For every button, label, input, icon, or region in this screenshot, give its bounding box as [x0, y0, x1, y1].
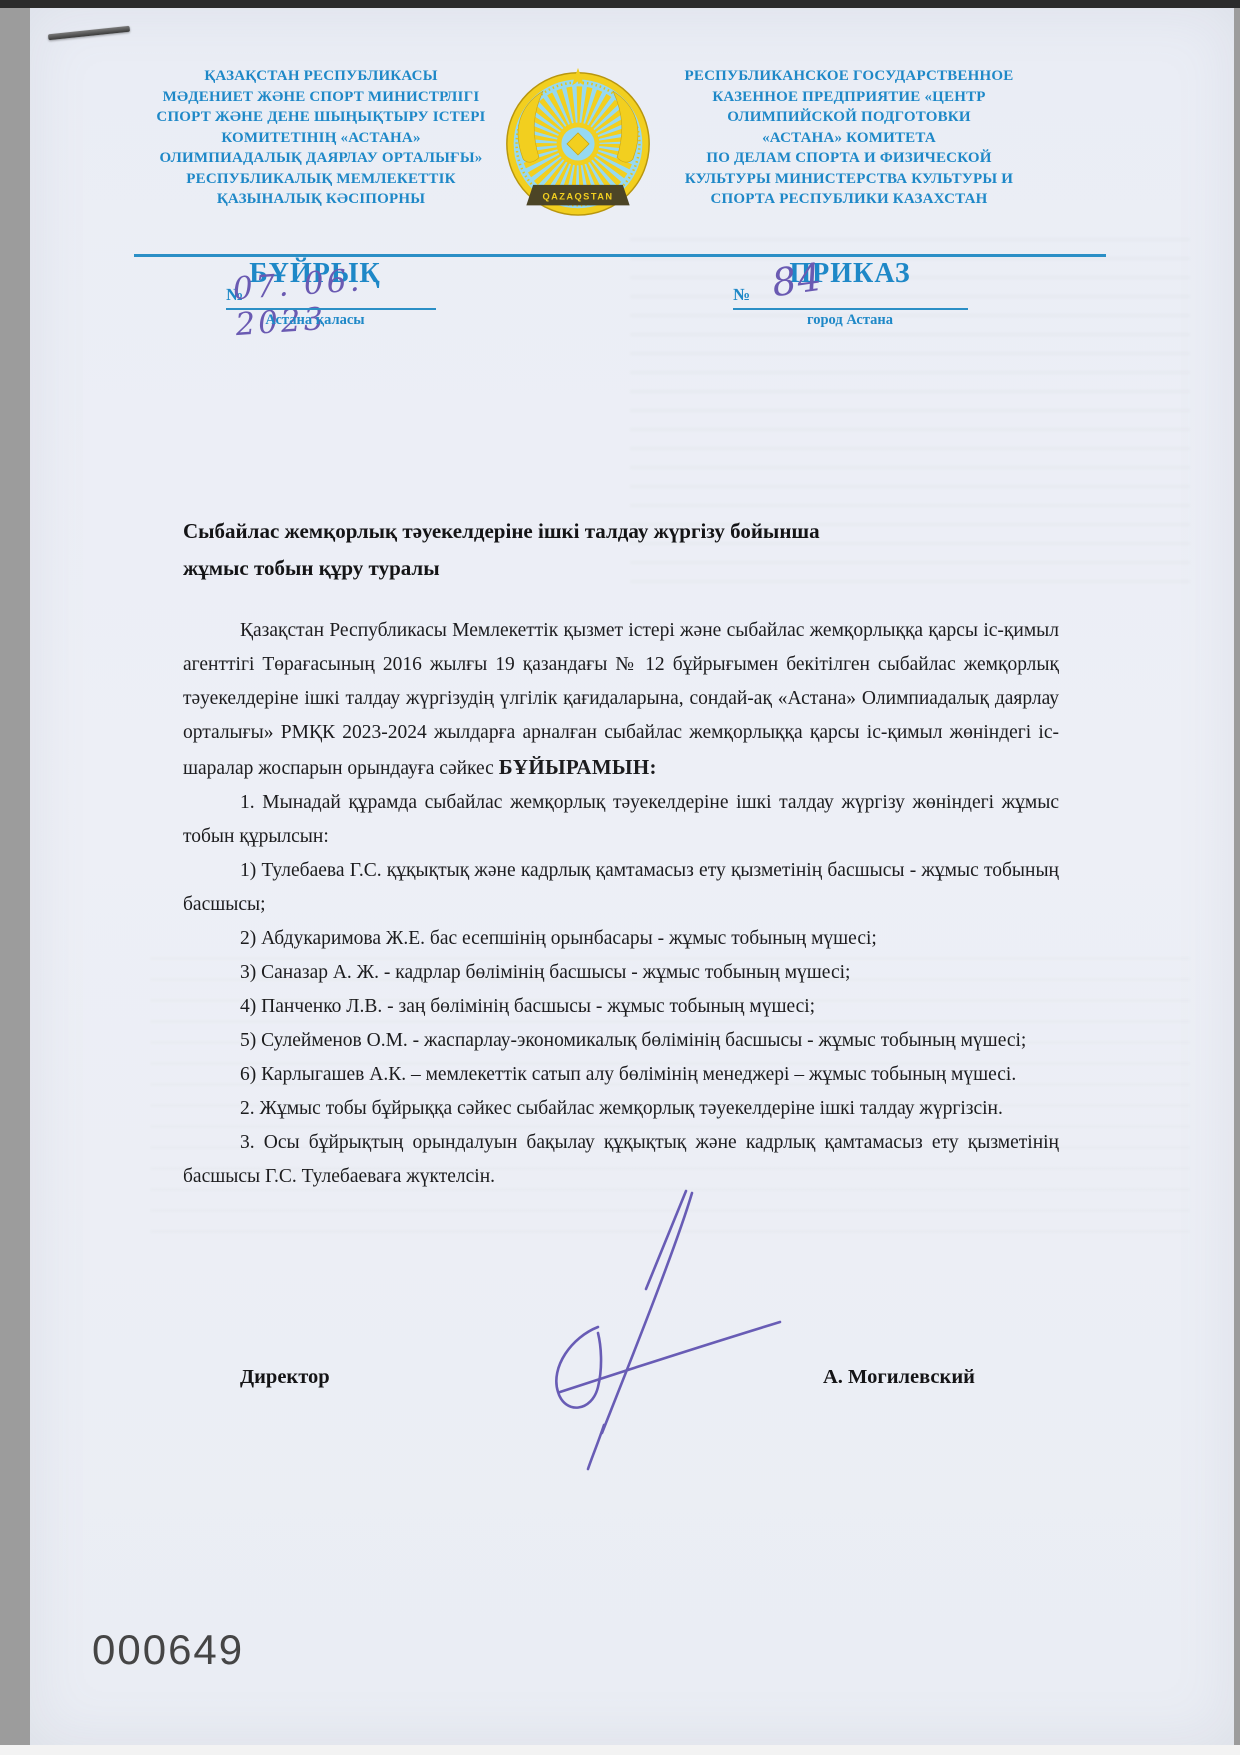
order-head-russian: ПРИКАЗ № 84 город Астана [700, 258, 1000, 290]
org-line: РЕСПУБЛИКАЛЫҚ МЕМЛЕКЕТТІК [135, 169, 507, 190]
scan-edge-bottom [0, 1745, 1240, 1755]
city-label-russian: город Астана [700, 312, 1000, 329]
org-line: ҚАЗЫНАЛЫҚ КӘСІПОРНЫ [135, 189, 507, 210]
form-serial-number: 000649 [92, 1626, 244, 1674]
paragraph-point-3: 3. Осы бұйрықтың орындалуын бақылау құқы… [183, 1126, 1059, 1194]
org-line: «АСТАНА» КОМИТЕТА [660, 128, 1038, 149]
document-title-line: жұмыс тобын құру туралы [183, 550, 1063, 587]
paragraph-point-1: 1. Мынадай құрамда сыбайлас жемқорлық тә… [183, 786, 1059, 854]
paragraph-preamble: Қазақстан Республикасы Мемлекеттік қызме… [183, 614, 1059, 786]
list-item: 4) Панченко Л.В. - заң бөлімінің басшысы… [183, 990, 1059, 1024]
org-line: РЕСПУБЛИКАНСКОЕ ГОСУДАРСТВЕННОЕ [660, 66, 1038, 87]
list-item: 1) Тулебаева Г.С. құқықтық және кадрлық … [183, 854, 1059, 922]
org-line: КАЗЕННОЕ ПРЕДПРИЯТИЕ «ЦЕНТР [660, 87, 1038, 108]
scan-edge-top [0, 0, 1240, 8]
list-item: 2) Абдукаримова Ж.Е. бас есепшінің орынб… [183, 922, 1059, 956]
org-line: МӘДЕНИЕТ ЖӘНЕ СПОРТ МИНИСТРЛІГІ [135, 87, 507, 108]
org-line: СПОРТА РЕСПУБЛИКИ КАЗАХСТАН [660, 189, 1038, 210]
list-item: 5) Сулейменов О.М. - жаспарлау-экономика… [183, 1024, 1059, 1058]
city-label-kazakh: Астана қаласы [190, 312, 440, 329]
directive-word: БҰЙЫРАМЫН: [499, 755, 657, 779]
document-page: ҚАЗАҚСТАН РЕСПУБЛИКАСЫ МӘДЕНИЕТ ЖӘНЕ СПО… [30, 8, 1234, 1745]
signer-position: Директор [240, 1366, 330, 1389]
org-line: СПОРТ ЖӘНЕ ДЕНЕ ШЫҢЫҚТЫРУ ІСТЕРІ [135, 107, 507, 128]
document-title-line: Сыбайлас жемқорлық тәуекелдеріне ішкі та… [183, 513, 1063, 550]
number-sign: № [733, 285, 750, 305]
signer-name: А. Могилевский [823, 1366, 975, 1389]
org-name-kazakh: ҚАЗАҚСТАН РЕСПУБЛИКАСЫ МӘДЕНИЕТ ЖӘНЕ СПО… [135, 66, 507, 210]
emblem-banner-text: QAZAQSTAN [542, 191, 613, 201]
number-underline [733, 308, 968, 310]
org-line: КОМИТЕТІНІҢ «АСТАНА» [135, 128, 507, 149]
staple [48, 26, 130, 41]
kazakhstan-coat-of-arms-icon: QAZAQSTAN [500, 62, 656, 218]
handwritten-order-number: 84 [769, 255, 825, 306]
order-head-kazakh: БҰЙРЫҚ № 07. 06. 2023 Астана қаласы [190, 258, 440, 290]
org-line: ОЛИМПИАДАЛЫҚ ДАЯРЛАУ ОРТАЛЫҒЫ» [135, 148, 507, 169]
document-body: Қазақстан Республикасы Мемлекеттік қызме… [183, 614, 1059, 1194]
list-item: 3) Саназар А. Ж. - кадрлар бөлімінің бас… [183, 956, 1059, 990]
document-title: Сыбайлас жемқорлық тәуекелдеріне ішкі та… [183, 513, 1063, 587]
header-divider-line [134, 254, 1106, 257]
handwritten-date: 07. 06. 2023 [232, 257, 443, 343]
handwritten-signature [480, 1185, 820, 1475]
org-line: КУЛЬТУРЫ МИНИСТЕРСТВА КУЛЬТУРЫ И [660, 169, 1038, 190]
org-line: ОЛИМПИЙСКОЙ ПОДГОТОВКИ [660, 107, 1038, 128]
org-name-russian: РЕСПУБЛИКАНСКОЕ ГОСУДАРСТВЕННОЕ КАЗЕННОЕ… [660, 66, 1038, 210]
org-line: ПО ДЕЛАМ СПОРТА И ФИЗИЧЕСКОЙ [660, 148, 1038, 169]
list-item: 6) Карлыгашев А.К. – мемлекеттік сатып а… [183, 1058, 1059, 1092]
number-underline [226, 308, 436, 310]
paragraph-point-2: 2. Жұмыс тобы бұйрыққа сәйкес сыбайлас ж… [183, 1092, 1059, 1126]
org-line: ҚАЗАҚСТАН РЕСПУБЛИКАСЫ [135, 66, 507, 87]
